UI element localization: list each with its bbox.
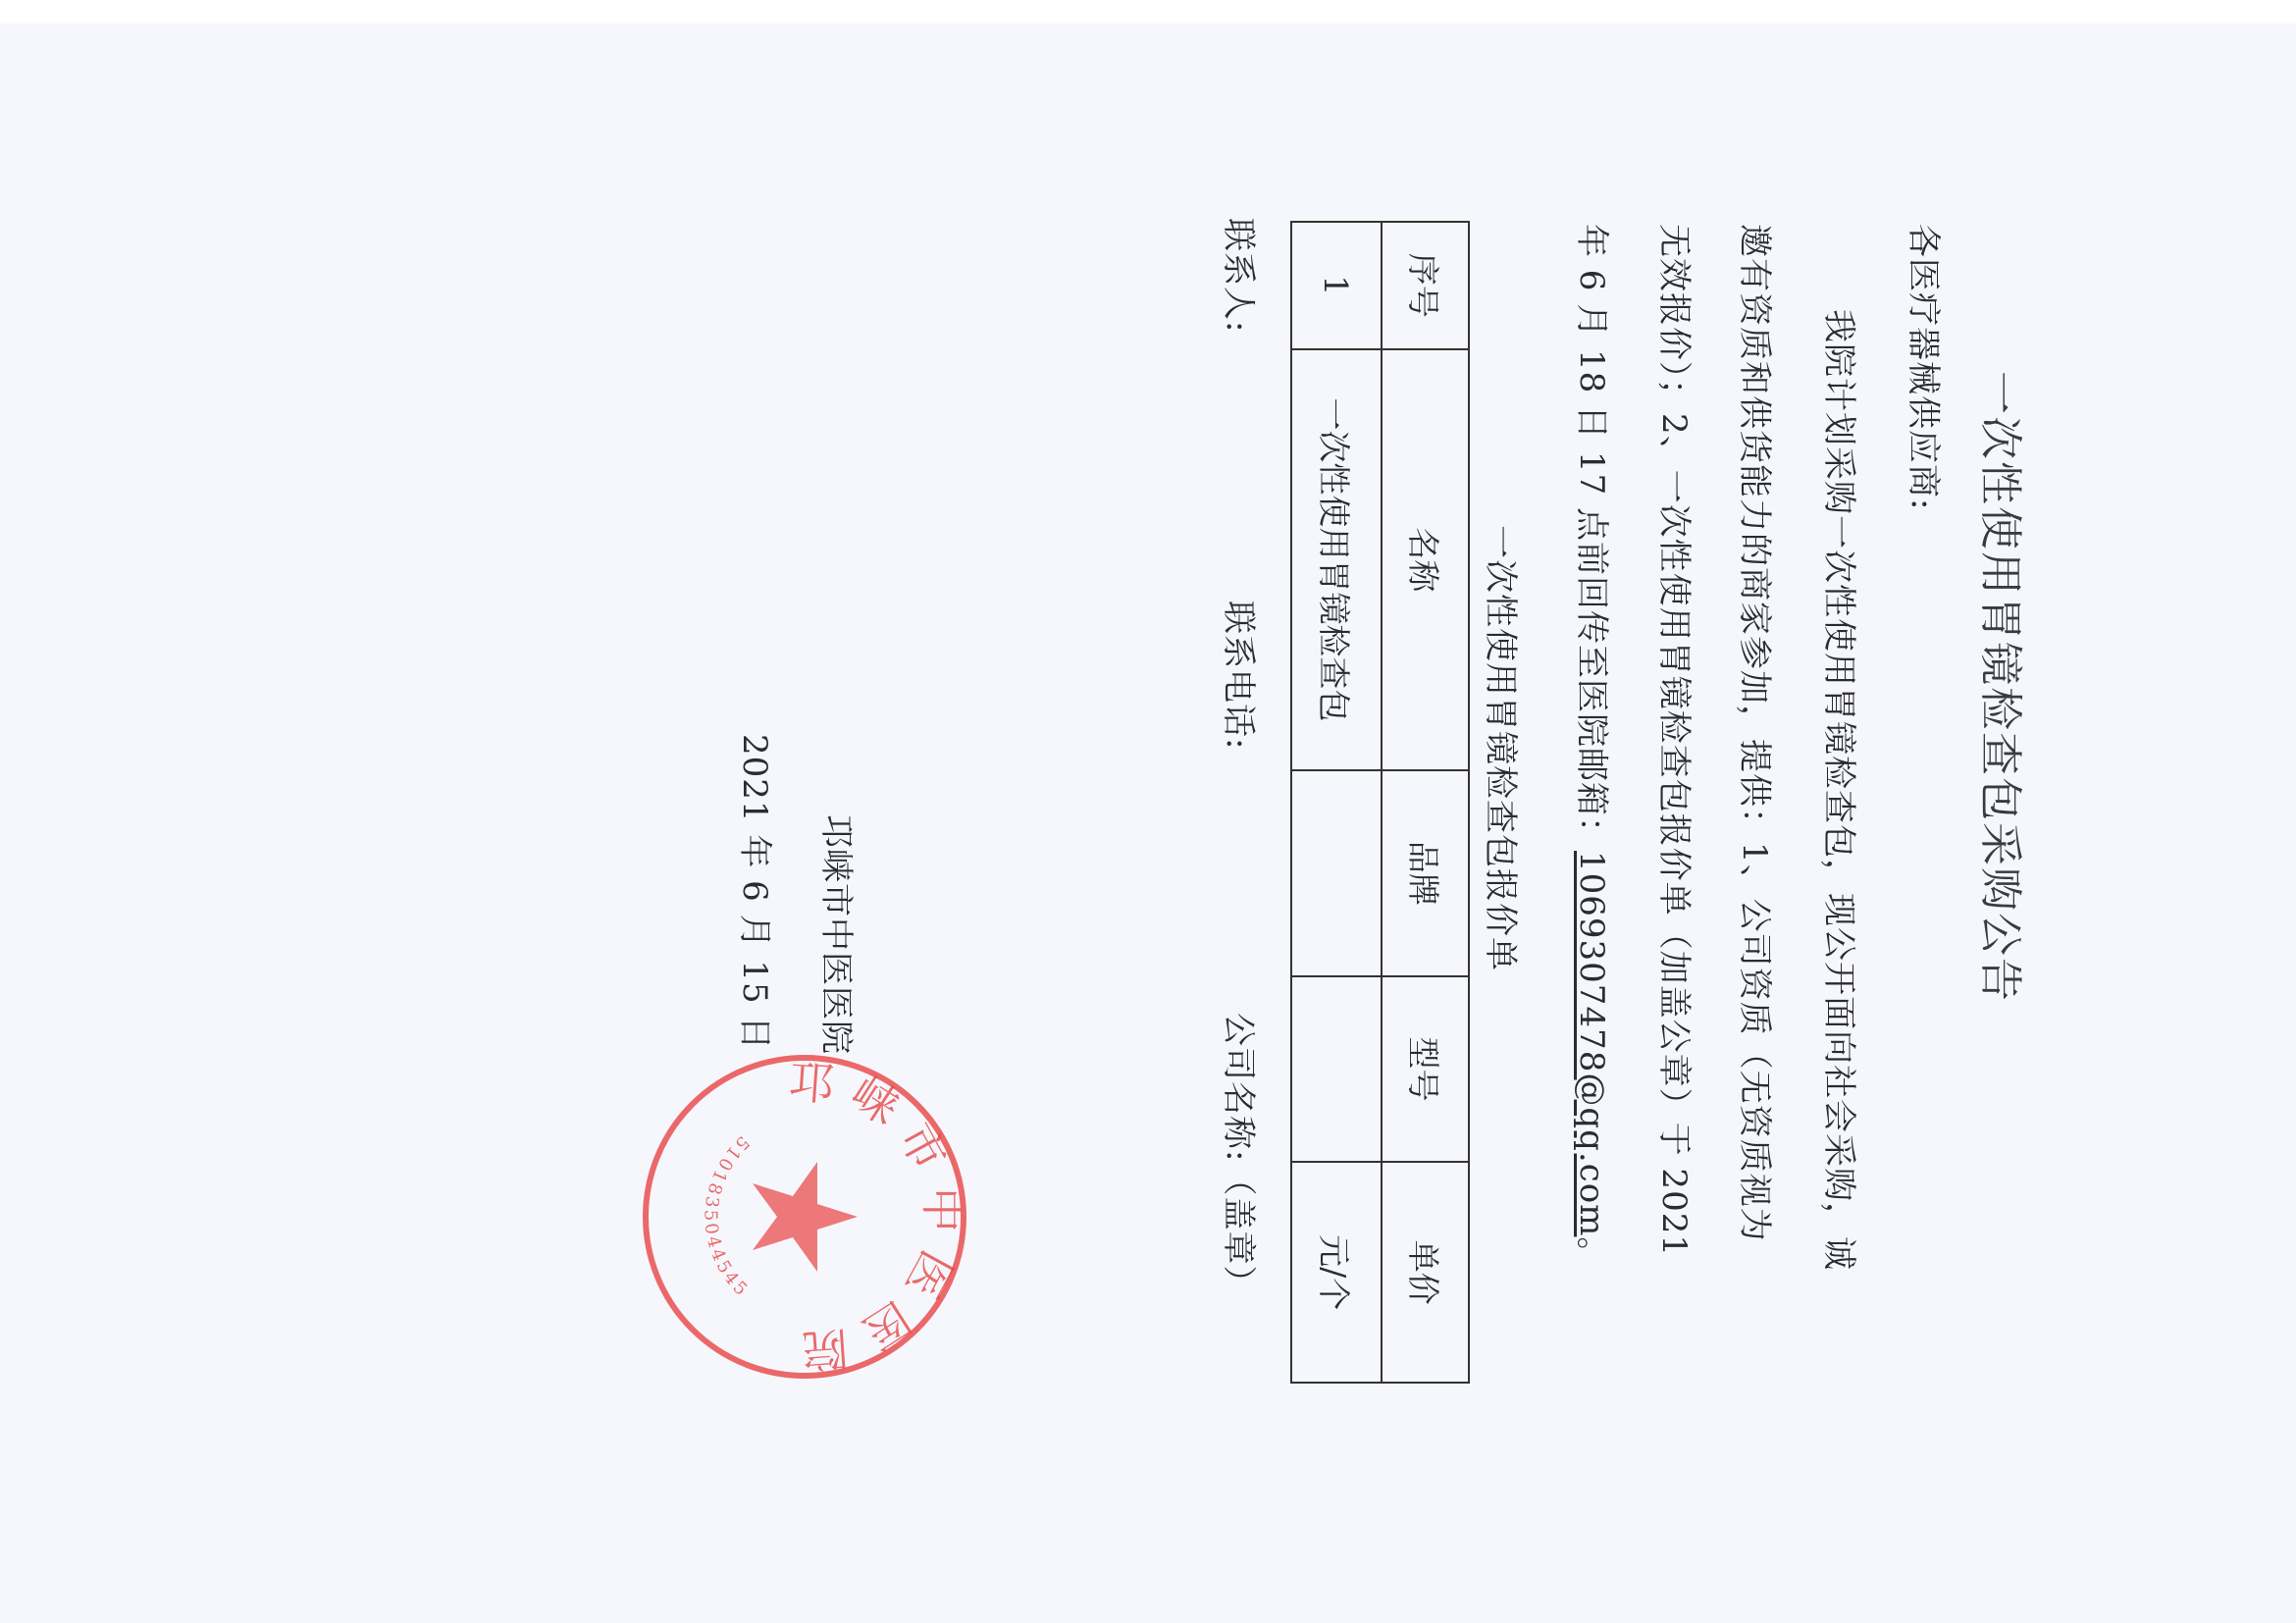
cell-brand: [1291, 770, 1382, 976]
official-seal: 邛崃市中医医院 5101835044545: [643, 1055, 966, 1379]
body-line-3: 无效报价）；2、一次性使用胃镜检查包报价单（加盖公章）于 2021: [1653, 224, 1701, 1257]
header-brand: 品牌: [1382, 770, 1469, 976]
period: 。: [1572, 1236, 1611, 1271]
issue-date: 2021 年 6 月 15 日: [734, 734, 782, 1050]
seal-graphic: 邛崃市中医医院 5101835044545: [649, 1061, 961, 1373]
quote-table: 序号 名称 品牌 型号 单价 1 一次性使用胃镜检查包 元/个: [1290, 221, 1470, 1384]
cell-unit-price: 元/个: [1291, 1162, 1382, 1383]
cell-model: [1291, 976, 1382, 1163]
document-title: 一次性使用胃镜检查包采购公告: [1973, 294, 2036, 1079]
body-line-1: 我院计划采购一次性使用胃镜检查包，现公开面向社会采购，诚: [1818, 309, 1866, 1271]
body-line-4: 年 6 月 18 日 17 点前回传至医院邮箱：1069307478@qq.co…: [1571, 224, 1619, 1271]
deadline-text: 年 6 月 18 日 17 点前回传至医院邮箱：: [1572, 224, 1611, 851]
contact-person-label: 联系人:: [1218, 218, 1266, 333]
table-caption: 一次性使用胃镜检查包报价单: [1480, 525, 1528, 971]
issuer-name: 邛崃市中医医院: [815, 814, 863, 1055]
table-row: 1 一次性使用胃镜检查包 元/个: [1291, 222, 1382, 1383]
email-link[interactable]: 1069307478@qq.com: [1572, 851, 1611, 1236]
document-page: 一次性使用胃镜检查包采购公告 各医疗器械供应商: 我院计划采购一次性使用胃镜检查…: [0, 0, 2296, 1623]
table-header-row: 序号 名称 品牌 型号 单价: [1382, 222, 1469, 1383]
company-name-label: 公司名称:（盖章）: [1218, 1013, 1266, 1299]
seal-arc-text: 邛崃市中医医院: [787, 1061, 961, 1373]
seal-code: 5101835044545: [701, 1131, 754, 1301]
header-index: 序号: [1382, 222, 1469, 349]
header-name: 名称: [1382, 349, 1469, 770]
salutation: 各医疗器械供应商:: [1903, 224, 1951, 510]
cell-name: 一次性使用胃镜检查包: [1291, 349, 1382, 770]
header-model: 型号: [1382, 976, 1469, 1163]
contact-phone-label: 联系电话:: [1218, 601, 1266, 750]
star-icon: [753, 1162, 858, 1272]
body-line-2: 邀有资质和供货能力的商家参加，提供：1、公司资质（无资质视为: [1734, 224, 1782, 1242]
cell-index: 1: [1291, 222, 1382, 349]
header-unit-price: 单价: [1382, 1162, 1469, 1383]
